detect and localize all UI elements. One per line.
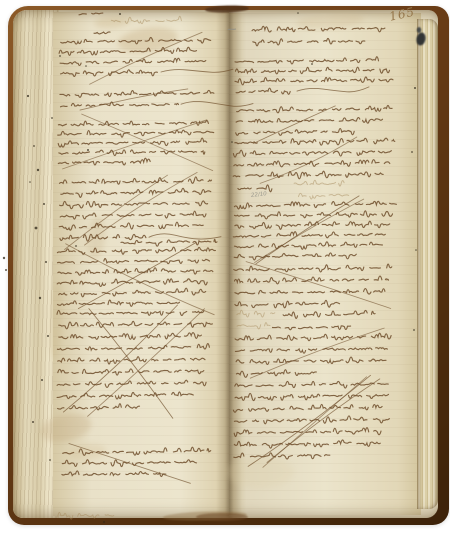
right-page-texture (229, 13, 421, 515)
left-page (53, 12, 229, 516)
gutter-shadow (216, 10, 242, 518)
right-page (229, 13, 421, 515)
manuscript-photo: 165 22/10 (0, 0, 450, 533)
left-page-texture (53, 12, 229, 516)
open-pages (13, 10, 438, 518)
fore-edge-page-stack (417, 19, 438, 509)
